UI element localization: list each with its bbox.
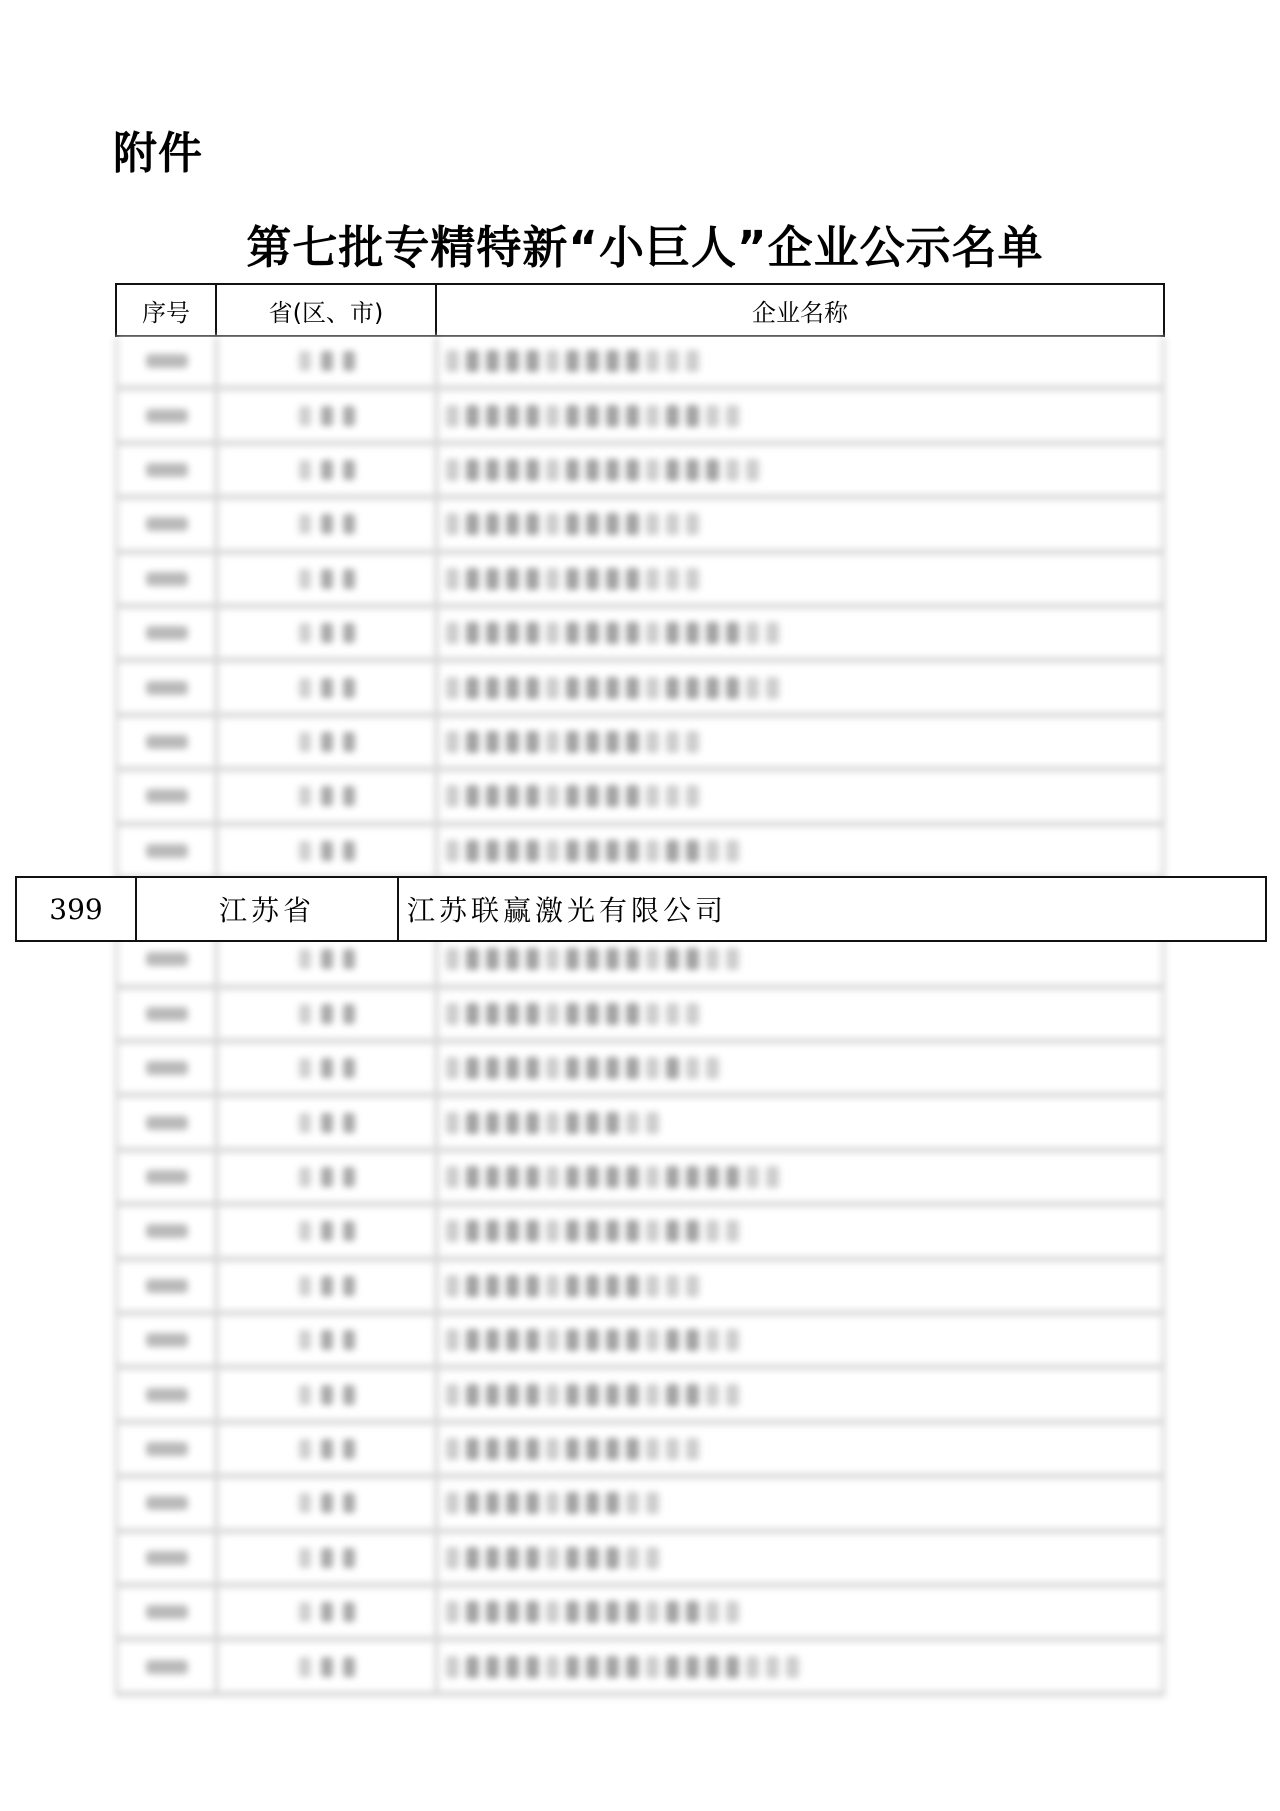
row-company-cell: [438, 1153, 1162, 1201]
row-number-cell: [118, 1098, 218, 1146]
row-number-cell: [118, 990, 218, 1038]
row-company-cell: [438, 1098, 1162, 1146]
table-row: [115, 1370, 1165, 1424]
row-number-cell: [118, 1479, 218, 1527]
row-company-cell: [438, 663, 1162, 711]
row-province-cell: [218, 555, 438, 603]
row-province-cell: [218, 446, 438, 494]
highlighted-row: 399 江苏省 江苏联赢激光有限公司: [15, 876, 1267, 942]
table-row: [115, 1588, 1165, 1642]
row-company-cell: [438, 827, 1162, 875]
row-province-cell: [218, 827, 438, 875]
highlighted-row-province: 江苏省: [137, 878, 399, 940]
row-province-cell: [218, 1207, 438, 1255]
table-row: [115, 935, 1165, 989]
table-row: [115, 1534, 1165, 1588]
row-number-cell: [118, 1588, 218, 1636]
highlighted-row-company: 江苏联赢激光有限公司: [399, 878, 1265, 940]
row-province-cell: [218, 1316, 438, 1364]
row-company-cell: [438, 1642, 1162, 1690]
row-province-cell: [218, 1098, 438, 1146]
row-company-cell: [438, 391, 1162, 439]
row-number-cell: [118, 555, 218, 603]
table-row: [115, 1262, 1165, 1316]
row-number-cell: [118, 1534, 218, 1582]
header-company-name: 企业名称: [437, 285, 1163, 335]
row-province-cell: [218, 609, 438, 657]
table-row: [115, 1642, 1165, 1696]
row-province-cell: [218, 391, 438, 439]
header-province: 省(区、市): [217, 285, 437, 335]
row-company-cell: [438, 718, 1162, 766]
row-company-cell: [438, 1479, 1162, 1527]
row-number-cell: [118, 391, 218, 439]
row-company-cell: [438, 772, 1162, 820]
blurred-table-body: [115, 337, 1165, 1697]
row-number-cell: [118, 1642, 218, 1690]
row-province-cell: [218, 1425, 438, 1473]
table-row: [115, 446, 1165, 500]
row-company-cell: [438, 1534, 1162, 1582]
attachment-label: 附件: [113, 126, 203, 182]
row-company-cell: [438, 500, 1162, 548]
table-row: [115, 1479, 1165, 1533]
row-number-cell: [118, 446, 218, 494]
row-company-cell: [438, 337, 1162, 385]
row-province-cell: [218, 990, 438, 1038]
row-province-cell: [218, 1153, 438, 1201]
row-company-cell: [438, 609, 1162, 657]
row-province-cell: [218, 337, 438, 385]
row-company-cell: [438, 555, 1162, 603]
row-province-cell: [218, 1262, 438, 1310]
row-company-cell: [438, 1262, 1162, 1310]
row-number-cell: [118, 500, 218, 548]
company-list-table: 序号 省(区、市) 企业名称: [115, 283, 1165, 1697]
row-number-cell: [118, 609, 218, 657]
row-company-cell: [438, 1370, 1162, 1418]
row-province-cell: [218, 663, 438, 711]
row-company-cell: [438, 935, 1162, 983]
row-number-cell: [118, 337, 218, 385]
row-number-cell: [118, 663, 218, 711]
table-row: [115, 772, 1165, 826]
table-row: [115, 337, 1165, 391]
row-number-cell: [118, 1153, 218, 1201]
row-number-cell: [118, 1207, 218, 1255]
header-serial-number: 序号: [117, 285, 217, 335]
table-row: [115, 1044, 1165, 1098]
row-company-cell: [438, 1588, 1162, 1636]
row-number-cell: [118, 772, 218, 820]
row-number-cell: [118, 1425, 218, 1473]
row-number-cell: [118, 1370, 218, 1418]
table-row: [115, 1316, 1165, 1370]
table-row: [115, 555, 1165, 609]
row-number-cell: [118, 1316, 218, 1364]
row-number-cell: [118, 718, 218, 766]
row-company-cell: [438, 1316, 1162, 1364]
row-number-cell: [118, 1044, 218, 1092]
table-row: [115, 500, 1165, 554]
row-company-cell: [438, 446, 1162, 494]
row-number-cell: [118, 827, 218, 875]
row-province-cell: [218, 500, 438, 548]
row-province-cell: [218, 935, 438, 983]
document-title: 第七批专精特新“小巨人”企业公示名单: [0, 218, 1280, 278]
row-province-cell: [218, 1370, 438, 1418]
table-row: [115, 1153, 1165, 1207]
table-row: [115, 990, 1165, 1044]
table-row: [115, 609, 1165, 663]
table-row: [115, 1098, 1165, 1152]
row-province-cell: [218, 772, 438, 820]
table-row: [115, 391, 1165, 445]
table-header-row: 序号 省(区、市) 企业名称: [115, 283, 1165, 337]
table-row: [115, 663, 1165, 717]
row-number-cell: [118, 935, 218, 983]
row-company-cell: [438, 990, 1162, 1038]
row-province-cell: [218, 718, 438, 766]
table-row: [115, 1425, 1165, 1479]
table-row: [115, 1207, 1165, 1261]
table-row: [115, 718, 1165, 772]
row-province-cell: [218, 1588, 438, 1636]
row-number-cell: [118, 1262, 218, 1310]
row-company-cell: [438, 1425, 1162, 1473]
row-province-cell: [218, 1479, 438, 1527]
row-province-cell: [218, 1044, 438, 1092]
row-province-cell: [218, 1534, 438, 1582]
highlighted-row-number: 399: [17, 878, 137, 940]
table-row: [115, 827, 1165, 881]
row-province-cell: [218, 1642, 438, 1690]
row-company-cell: [438, 1044, 1162, 1092]
row-company-cell: [438, 1207, 1162, 1255]
